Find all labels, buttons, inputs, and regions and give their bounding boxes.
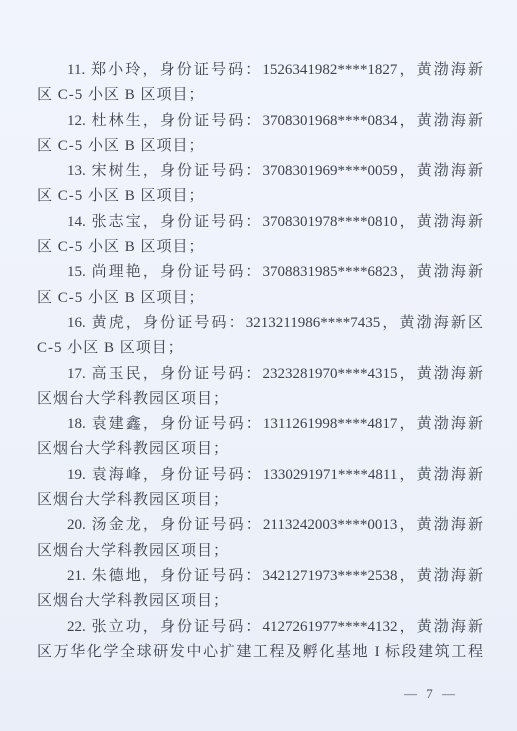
entry-line: 区万华化学全球研发中心扩建工程及孵化基地 I 标段建筑工程: [37, 640, 483, 665]
entry-line: 16. 黄虎，身份证号码：3213211986****7435，黄渤海新区: [37, 311, 483, 336]
list-item: 14. 张志宝，身份证号码：3708301978****0810，黄渤海新 区 …: [37, 210, 483, 261]
entry-line: 18. 袁建鑫，身份证号码：1311261998****4817，黄渤海新: [37, 412, 483, 437]
entry-line: 区烟台大学科教园区项目；: [37, 488, 483, 513]
entry-line: 区 C-5 小区 B 区项目；: [37, 134, 483, 159]
entry-line: 区 C-5 小区 B 区项目；: [37, 235, 483, 260]
list-item: 21. 朱德地，身份证号码：3421271973****2538，黄渤海新 区烟…: [37, 564, 483, 615]
entry-line: 17. 高玉民，身份证号码：2323281970****4315，黄渤海新: [37, 362, 483, 387]
list-item: 17. 高玉民，身份证号码：2323281970****4315，黄渤海新 区烟…: [37, 362, 483, 413]
document-page: 11. 郑小玲，身份证号码：1526341982****1827，黄渤海新 区 …: [0, 0, 517, 731]
list-item: 11. 郑小玲，身份证号码：1526341982****1827，黄渤海新 区 …: [37, 58, 483, 109]
entry-line: 20. 汤金龙，身份证号码：2113242003****0013，黄渤海新: [37, 513, 483, 538]
list-item: 12. 杜林生，身份证号码：3708301968****0834，黄渤海新 区 …: [37, 109, 483, 160]
page-number: — 7 —: [404, 686, 457, 702]
list-item: 15. 尚理艳，身份证号码：3708831985****6823，黄渤海新 区 …: [37, 260, 483, 311]
list-item: 13. 宋树生，身份证号码：3708301969****0059，黄渤海新 区 …: [37, 159, 483, 210]
list-item: 22. 张立功，身份证号码：4127261977****4132，黄渤海新 区万…: [37, 615, 483, 666]
entry-line: 区 C-5 小区 B 区项目；: [37, 184, 483, 209]
entry-line: 22. 张立功，身份证号码：4127261977****4132，黄渤海新: [37, 615, 483, 640]
entry-line: 12. 杜林生，身份证号码：3708301968****0834，黄渤海新: [37, 109, 483, 134]
body-text: 11. 郑小玲，身份证号码：1526341982****1827，黄渤海新 区 …: [37, 58, 483, 665]
entry-line: 区烟台大学科教园区项目；: [37, 539, 483, 564]
entry-line: C-5 小区 B 区项目；: [37, 336, 483, 361]
entry-line: 区 C-5 小区 B 区项目；: [37, 83, 483, 108]
list-item: 20. 汤金龙，身份证号码：2113242003****0013，黄渤海新 区烟…: [37, 513, 483, 564]
entry-line: 21. 朱德地，身份证号码：3421271973****2538，黄渤海新: [37, 564, 483, 589]
entry-line: 区烟台大学科教园区项目；: [37, 387, 483, 412]
entry-line: 区 C-5 小区 B 区项目；: [37, 286, 483, 311]
entry-line: 11. 郑小玲，身份证号码：1526341982****1827，黄渤海新: [37, 58, 483, 83]
entry-line: 13. 宋树生，身份证号码：3708301969****0059，黄渤海新: [37, 159, 483, 184]
list-item: 16. 黄虎，身份证号码：3213211986****7435，黄渤海新区 C-…: [37, 311, 483, 362]
list-item: 19. 袁海峰，身份证号码：1330291971****4811，黄渤海新 区烟…: [37, 463, 483, 514]
entry-line: 区烟台大学科教园区项目；: [37, 437, 483, 462]
entry-line: 区烟台大学科教园区项目；: [37, 589, 483, 614]
entry-line: 19. 袁海峰，身份证号码：1330291971****4811，黄渤海新: [37, 463, 483, 488]
list-item: 18. 袁建鑫，身份证号码：1311261998****4817，黄渤海新 区烟…: [37, 412, 483, 463]
entry-line: 15. 尚理艳，身份证号码：3708831985****6823，黄渤海新: [37, 260, 483, 285]
entry-line: 14. 张志宝，身份证号码：3708301978****0810，黄渤海新: [37, 210, 483, 235]
